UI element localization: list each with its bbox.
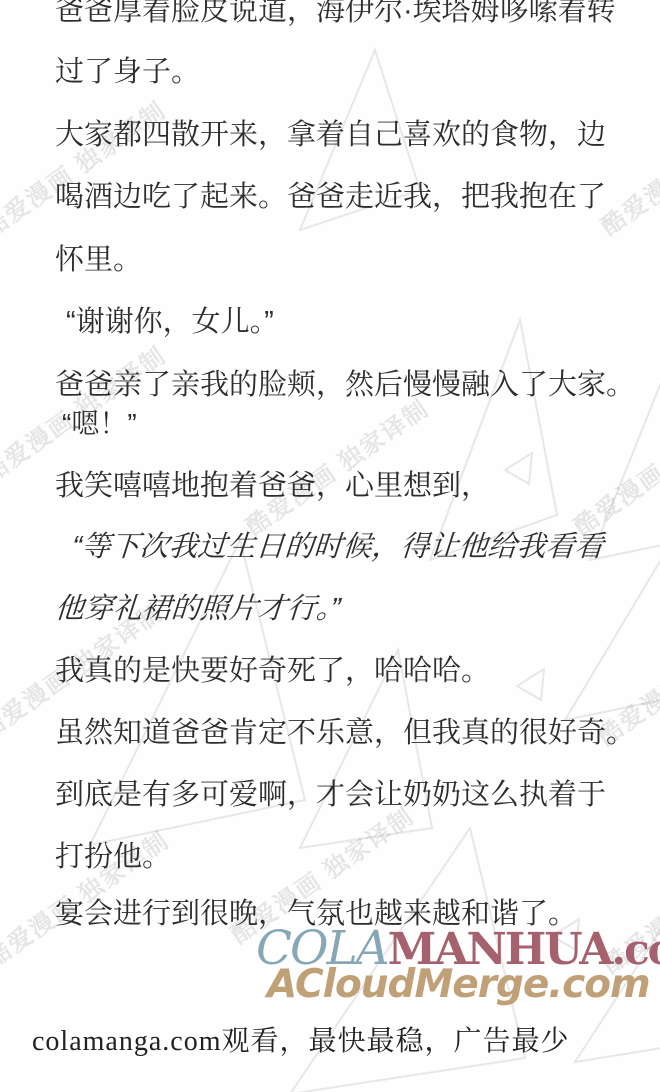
- story-text-line: 爸爸亲了亲我的脸颊，然后慢慢融入了大家。: [55, 367, 635, 403]
- story-text-line: 虽然知道爸爸肯定不乐意，但我真的很好奇。: [55, 715, 635, 751]
- story-dialogue-line: “嗯！”: [62, 406, 137, 442]
- acloudmerge-watermark-logo: ACloudMerge.com: [267, 962, 650, 1007]
- story-thought-line: 他穿礼裙的照片才行。”: [54, 591, 342, 627]
- story-text-line: 怀里。: [55, 242, 142, 278]
- story-dialogue-line: “谢谢你，女儿。”: [66, 304, 274, 340]
- comic-text-page: 酷爱漫画 独家译制 酷爱漫画 独家译制 酷爱漫画 独家译制 酷爱漫画 独家译制 …: [0, 0, 660, 1092]
- story-text-line: 爸爸厚着脸皮说道，海伊尔·埃塔姆哆嗦着转: [55, 0, 616, 29]
- story-text-line: 我笑嘻嘻地抱着爸爸，心里想到，: [55, 468, 490, 504]
- footer-site-promo: colamanga.com观看，最快最稳，广告最少: [32, 1019, 569, 1059]
- story-text-line: 我真的是快要好奇死了，哈哈哈。: [55, 653, 490, 689]
- story-text-line: 大家都四散开来，拿着自己喜欢的食物，边: [55, 117, 606, 153]
- story-text-line: 喝酒边吃了起来。爸爸走近我，把我抱在了: [55, 179, 606, 215]
- story-thought-line: “等下次我过生日的时候，得让他给我看看: [71, 529, 605, 565]
- story-text-line: 过了身子。: [55, 54, 200, 90]
- story-text-line: 打扮他。: [55, 839, 171, 875]
- story-text-line: 到底是有多可爱啊，才会让奶奶这么执着于: [55, 777, 606, 813]
